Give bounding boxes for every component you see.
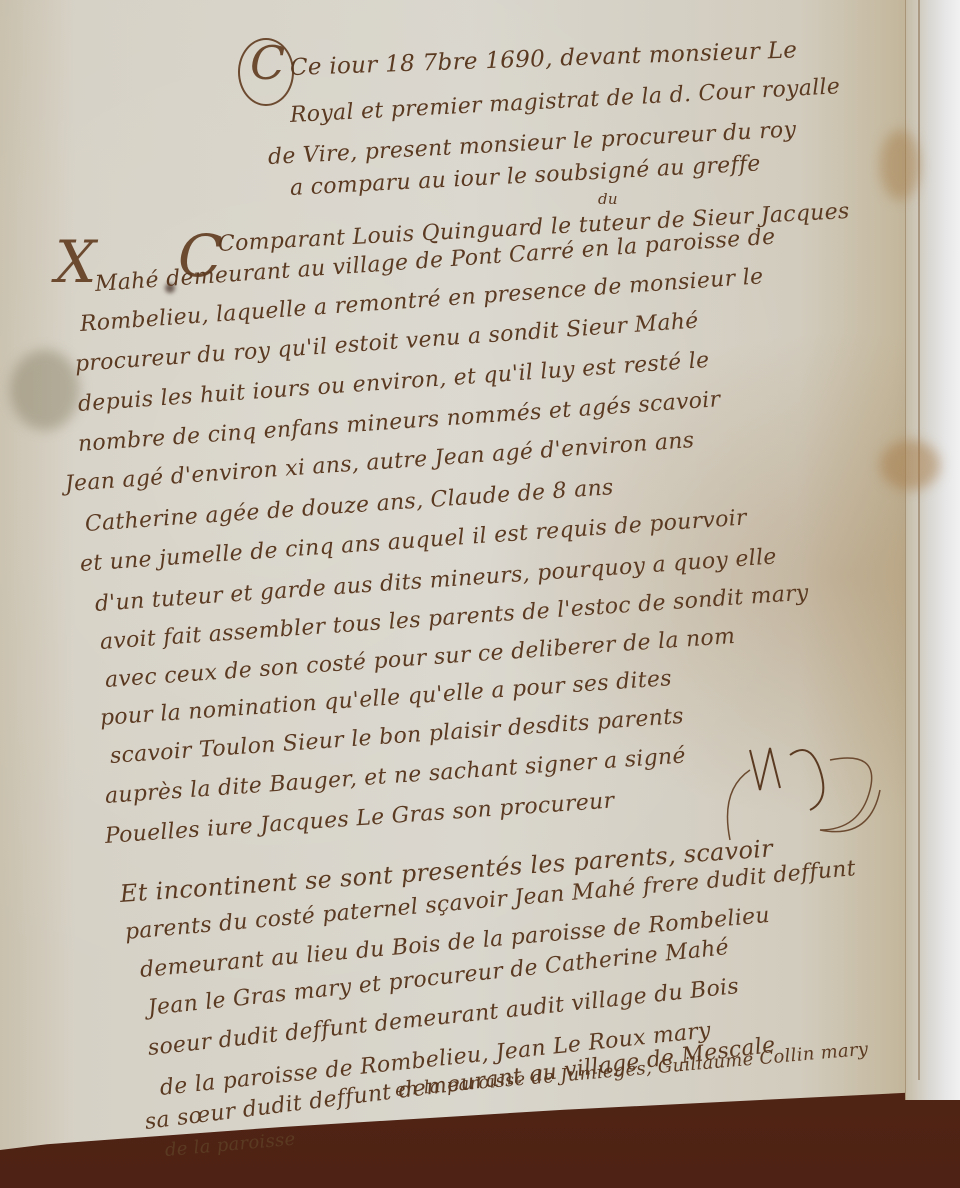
signature-mark — [720, 730, 890, 850]
abbrev-above: du — [598, 190, 618, 208]
initial-x-left: X — [55, 228, 97, 296]
feather-smudge — [10, 350, 80, 430]
ink-stain — [880, 130, 920, 200]
ink-stain — [880, 440, 940, 490]
initial-c-top: C — [250, 36, 286, 90]
